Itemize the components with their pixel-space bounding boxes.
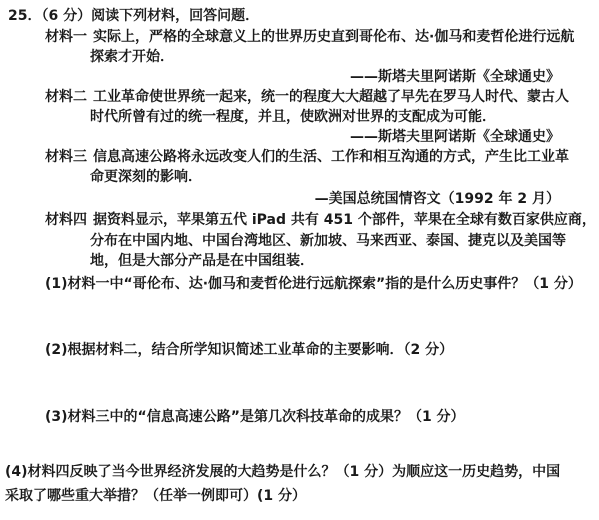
sub-question-2: (2)根据材料二，结合所学知识简述工业革命的主要影响．（2 分）: [45, 341, 453, 359]
material-2-source: ——斯塔夫里阿诺斯《全球通史》: [350, 128, 560, 146]
material-3-row-1: 材料三信息高速公路将永远改变人们的生活、工作和相互沟通的方式，产生比工业革: [45, 148, 569, 166]
material-2-label: 材料二: [45, 89, 87, 105]
material-4-text-line-1: 据资料显示，苹果第五代 iPad 共有 451 个部件，苹果在全球有数百家供应商…: [93, 212, 596, 228]
exam-document-page: 25．（6 分）阅读下列材料，回答问题． 材料一实际上，严格的全球意义上的世界历…: [0, 0, 599, 520]
material-1-text-line-1: 实际上，严格的全球意义上的世界历史直到哥伦布、达·伽马和麦哲伦进行远航: [93, 29, 574, 45]
material-1-text-line-2: 探索才开始．: [90, 48, 174, 66]
material-2-row-1: 材料二工业革命使世界统一起来，统一的程度大大超越了早先在罗马人时代、蒙古人: [45, 88, 569, 106]
material-2-text-line-1: 工业革命使世界统一起来，统一的程度大大超越了早先在罗马人时代、蒙古人: [93, 89, 569, 105]
material-4-text-line-2: 分布在中国内地、中国台湾地区、新加坡、马来西亚、泰国、捷克以及美国等: [90, 232, 566, 250]
material-3-text-line-1: 信息高速公路将永远改变人们的生活、工作和相互沟通的方式，产生比工业革: [93, 149, 569, 165]
material-4-text-line-3: 地，但是大部分产品是在中国组装．: [90, 252, 314, 270]
sub-question-4-line-2: 采取了哪些重大举措？（任举一例即可）(1 分）: [5, 487, 306, 505]
material-2-text-line-2: 时代所曾有过的统一程度，并且，使欧洲对世界的支配成为可能．: [90, 108, 496, 126]
question-number-header: 25．（6 分）阅读下列材料，回答问题．: [8, 7, 259, 25]
material-1-row-1: 材料一实际上，严格的全球意义上的世界历史直到哥伦布、达·伽马和麦哲伦进行远航: [45, 28, 574, 46]
material-3-text-line-2: 命更深刻的影响．: [90, 168, 202, 186]
material-3-source: —美国总统国情咨文（1992 年 2 月）: [315, 190, 560, 208]
sub-question-1: (1)材料一中“哥伦布、达·伽马和麦哲伦进行远航探索”指的是什么历史事件？（1 …: [45, 275, 582, 293]
sub-question-3: (3)材料三中的“信息高速公路”是第几次科技革命的成果？（1 分）: [45, 408, 465, 426]
material-4-label: 材料四: [45, 212, 87, 228]
material-1-source: ——斯塔夫里阿诺斯《全球通史》: [350, 68, 560, 86]
material-3-label: 材料三: [45, 149, 87, 165]
material-4-row-1: 材料四据资料显示，苹果第五代 iPad 共有 451 个部件，苹果在全球有数百家…: [45, 211, 596, 229]
sub-question-4-line-1: (4)材料四反映了当今世界经济发展的大趋势是什么？（1 分）为顺应这一历史趋势，…: [5, 463, 560, 481]
material-1-label: 材料一: [45, 29, 87, 45]
